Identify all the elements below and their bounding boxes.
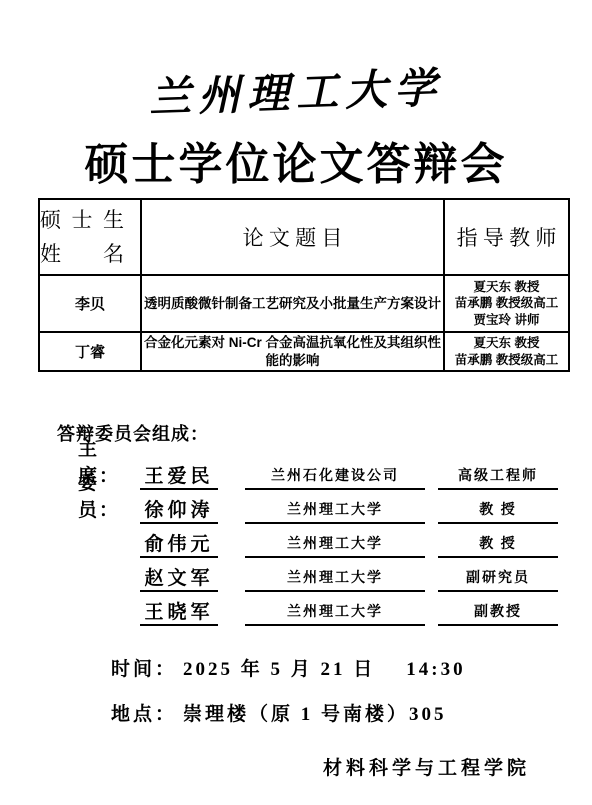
committee-member-name: 徐仰涛: [140, 495, 218, 524]
committee-member-title: 高级工程师: [438, 465, 558, 490]
header-student-name-line2: 姓 名: [40, 237, 140, 271]
table-header-row: 硕 士 生 姓 名 论 文 题 目 指 导 教 师: [39, 199, 569, 275]
place-label: 地点：: [111, 704, 177, 725]
committee-member-title: 教 授: [438, 533, 558, 558]
table-row: 丁睿 合金化元素对 Ni-Cr 合金高温抗氧化性及其组织性能的影响 夏天东 教授…: [39, 332, 569, 371]
header-advisor: 指 导 教 师: [444, 199, 569, 275]
page-title: 硕士学位论文答辩会: [0, 128, 592, 192]
header-thesis-title: 论 文 题 目: [141, 199, 444, 275]
committee-row-member: 赵文军 兰州理工大学 副研究员: [78, 558, 558, 592]
advisor-line: 夏天东 教授: [445, 279, 568, 296]
committee-member-name: 王爱民: [140, 461, 218, 490]
place-value: 崇理楼（原 1 号南楼）305: [183, 704, 447, 725]
committee-member-title: 教 授: [438, 499, 558, 524]
students-table: 硕 士 生 姓 名 论 文 题 目 指 导 教 师 李贝 透明质酸微针制备工艺研…: [38, 198, 570, 372]
committee-role-label: [78, 590, 140, 592]
table-row: 李贝 透明质酸微针制备工艺研究及小批量生产方案设计 夏天东 教授 苗承鹏 教授级…: [39, 275, 569, 332]
committee-member-org: 兰州理工大学: [245, 499, 425, 524]
advisor-line: 苗承鹏 教授级高工: [445, 295, 568, 312]
student-name: 李贝: [39, 275, 141, 332]
committee-member-org: 兰州理工大学: [245, 567, 425, 592]
advisor-list: 夏天东 教授 苗承鹏 教授级高工 贾宝玲 讲师: [444, 275, 569, 332]
defense-announcement-page: 兰州理工大学 硕士学位论文答辩会 硕 士 生 姓 名 论 文 题 目 指 导 教…: [0, 0, 592, 805]
header-student-name-line1: 硕 士 生: [40, 203, 140, 237]
committee-role-label: 委员：: [78, 468, 140, 524]
committee-member-title: 副研究员: [438, 567, 558, 592]
university-calligraphy-logo: 兰州理工大学: [0, 50, 592, 131]
advisor-line: 贾宝玲 讲师: [445, 312, 568, 329]
committee-member-title: 副教授: [438, 601, 558, 626]
schedule-place-line: 地点：崇理楼（原 1 号南楼）305: [80, 677, 447, 748]
advisor-line: 夏天东 教授: [445, 335, 568, 352]
advisor-list: 夏天东 教授 苗承鹏 教授级高工: [444, 332, 569, 371]
committee-role-label: [78, 624, 140, 626]
committee-member-org: 兰州理工大学: [245, 533, 425, 558]
committee-role-label: [78, 556, 140, 558]
committee-member-org: 兰州理工大学: [245, 601, 425, 626]
committee-list: 主席： 王爱民 兰州石化建设公司 高级工程师 委员： 徐仰涛 兰州理工大学 教 …: [78, 456, 558, 626]
committee-row-member: 俞伟元 兰州理工大学 教 授: [78, 524, 558, 558]
thesis-title: 透明质酸微针制备工艺研究及小批量生产方案设计: [141, 275, 444, 332]
committee-row-member: 王晓军 兰州理工大学 副教授: [78, 592, 558, 626]
thesis-title: 合金化元素对 Ni-Cr 合金高温抗氧化性及其组织性能的影响: [141, 332, 444, 371]
advisor-line: 苗承鹏 教授级高工: [445, 352, 568, 369]
department-signature: 材料科学与工程学院: [323, 753, 530, 780]
committee-member-name: 王晓军: [140, 597, 218, 626]
committee-row-member: 委员： 徐仰涛 兰州理工大学 教 授: [78, 490, 558, 524]
header-student-name: 硕 士 生 姓 名: [39, 199, 141, 275]
committee-member-org: 兰州石化建设公司: [245, 465, 425, 490]
committee-member-name: 俞伟元: [140, 529, 218, 558]
committee-member-name: 赵文军: [140, 563, 218, 592]
committee-row-chair: 主席： 王爱民 兰州石化建设公司 高级工程师: [78, 456, 558, 490]
student-name: 丁睿: [39, 332, 141, 371]
